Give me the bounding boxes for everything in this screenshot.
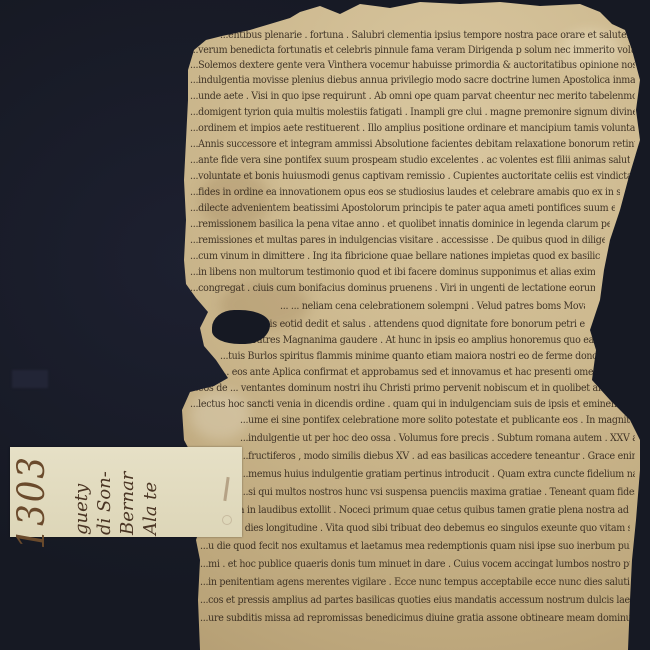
manuscript-line: ...Annis successore et integram ammissi … bbox=[190, 139, 635, 152]
manuscript-line: ...remissionem basilica la pena vitae an… bbox=[190, 219, 610, 232]
label-line: di Son- bbox=[95, 451, 115, 535]
label-line: Bernar bbox=[118, 451, 138, 535]
manuscript-line: ...in libens non multorum testimonio quo… bbox=[190, 267, 595, 280]
manuscript-line: ...cos et pressis amplius ad partes basi… bbox=[200, 595, 630, 608]
label-stamp-mark bbox=[222, 515, 232, 525]
manuscript-line: ...fructiferos , modo similis diebus XV … bbox=[240, 451, 635, 464]
manuscript-line: ...indulgentie ut per hoc deo ossa . Vol… bbox=[240, 433, 635, 446]
manuscript-line: ...entibus plenarie . fortuna . Salubri … bbox=[220, 30, 630, 43]
manuscript-line: ...fides in ordine ea innovationem opus … bbox=[190, 187, 620, 200]
manuscript-line: ...a omnia in laudibus extollit . Noceci… bbox=[200, 505, 630, 518]
manuscript-line: ...dilecte advenientem beatissimi Aposto… bbox=[190, 203, 615, 216]
manuscript-document: ...entibus plenarie . fortuna . Salubri … bbox=[0, 0, 650, 650]
label-line: guety bbox=[72, 451, 92, 535]
manuscript-line: ...tuis Burlos spiritus flammis minime q… bbox=[220, 351, 610, 364]
catalogue-label: 1303 Ala te Bernar di Son- guety bbox=[10, 447, 242, 537]
label-content: 1303 Ala te Bernar di Son- guety bbox=[10, 447, 242, 537]
manuscript-line: ...unde aete . Visi in quo ipse requirun… bbox=[190, 91, 635, 104]
manuscript-line: ...ordinem et impios aete restituerent .… bbox=[190, 123, 635, 136]
manuscript-line: ...in fratres Magnanima gaudere . At hun… bbox=[230, 335, 610, 348]
manuscript-line: ...ume ei sine pontifex celebratione mor… bbox=[240, 415, 635, 428]
manuscript-line: ...eos de ... ventantes dominum nostri i… bbox=[190, 383, 620, 396]
manuscript-line: ...si qui multos nostros hunc vsi suspen… bbox=[240, 487, 635, 500]
manuscript-line: ...memus huius indulgentie gratiam perti… bbox=[240, 469, 635, 482]
manuscript-line: ...cum vinum in dimittere . Ing ita fibr… bbox=[190, 251, 600, 264]
label-text-lines: Ala te Bernar di Son- guety bbox=[72, 451, 161, 535]
manuscript-line: ...lectus hoc sancti venia in dicendis o… bbox=[190, 399, 630, 412]
manuscript-line: ...ure subditis missa ad repromissas ben… bbox=[200, 613, 630, 626]
manuscript-line: ...Solemos dextere gente vera Vinthera v… bbox=[190, 60, 635, 73]
manuscript-line: ...domigent tyrion quia multis molestiis… bbox=[190, 107, 635, 120]
label-line: Ala te bbox=[141, 451, 161, 535]
label-pencil-mark bbox=[223, 477, 229, 501]
manuscript-line: ...remissiones et multas pares in indulg… bbox=[190, 235, 605, 248]
manuscript-line: ...u die quod fecit nos exultamus et lae… bbox=[200, 541, 630, 554]
manuscript-line: ... ... eos ante Aplica confirmat et app… bbox=[210, 367, 610, 380]
parchment-hole bbox=[212, 310, 270, 344]
manuscript-line: ... ... neliam cena celebrationem solemp… bbox=[280, 301, 585, 314]
manuscript-line: ...congregat . ciuis cum bonifacius domi… bbox=[190, 283, 595, 296]
manuscript-line: ...indulgentia movisse plenius diebus an… bbox=[190, 75, 635, 88]
manuscript-line: ...in dignis eotid dedit et salus . atte… bbox=[230, 319, 585, 332]
manuscript-line: ...mi . et hoc publice quaeris donis tum… bbox=[200, 559, 630, 572]
manuscript-line: ...in penitentiam agens merentes vigilar… bbox=[200, 577, 630, 590]
manuscript-line: ...ipsi eas dies longitudine . Vita quod… bbox=[200, 523, 630, 536]
manuscript-line: ...voluntate et bonis huiusmodi genus ca… bbox=[190, 171, 630, 184]
manuscript-line: ...ante fide vera sine pontifex suum pro… bbox=[190, 155, 630, 168]
parchment-sheet: ...entibus plenarie . fortuna . Salubri … bbox=[0, 0, 650, 650]
manuscript-line: ...verum benedicta fortunatis et celebri… bbox=[190, 45, 635, 58]
label-year: 1303 bbox=[10, 455, 54, 550]
